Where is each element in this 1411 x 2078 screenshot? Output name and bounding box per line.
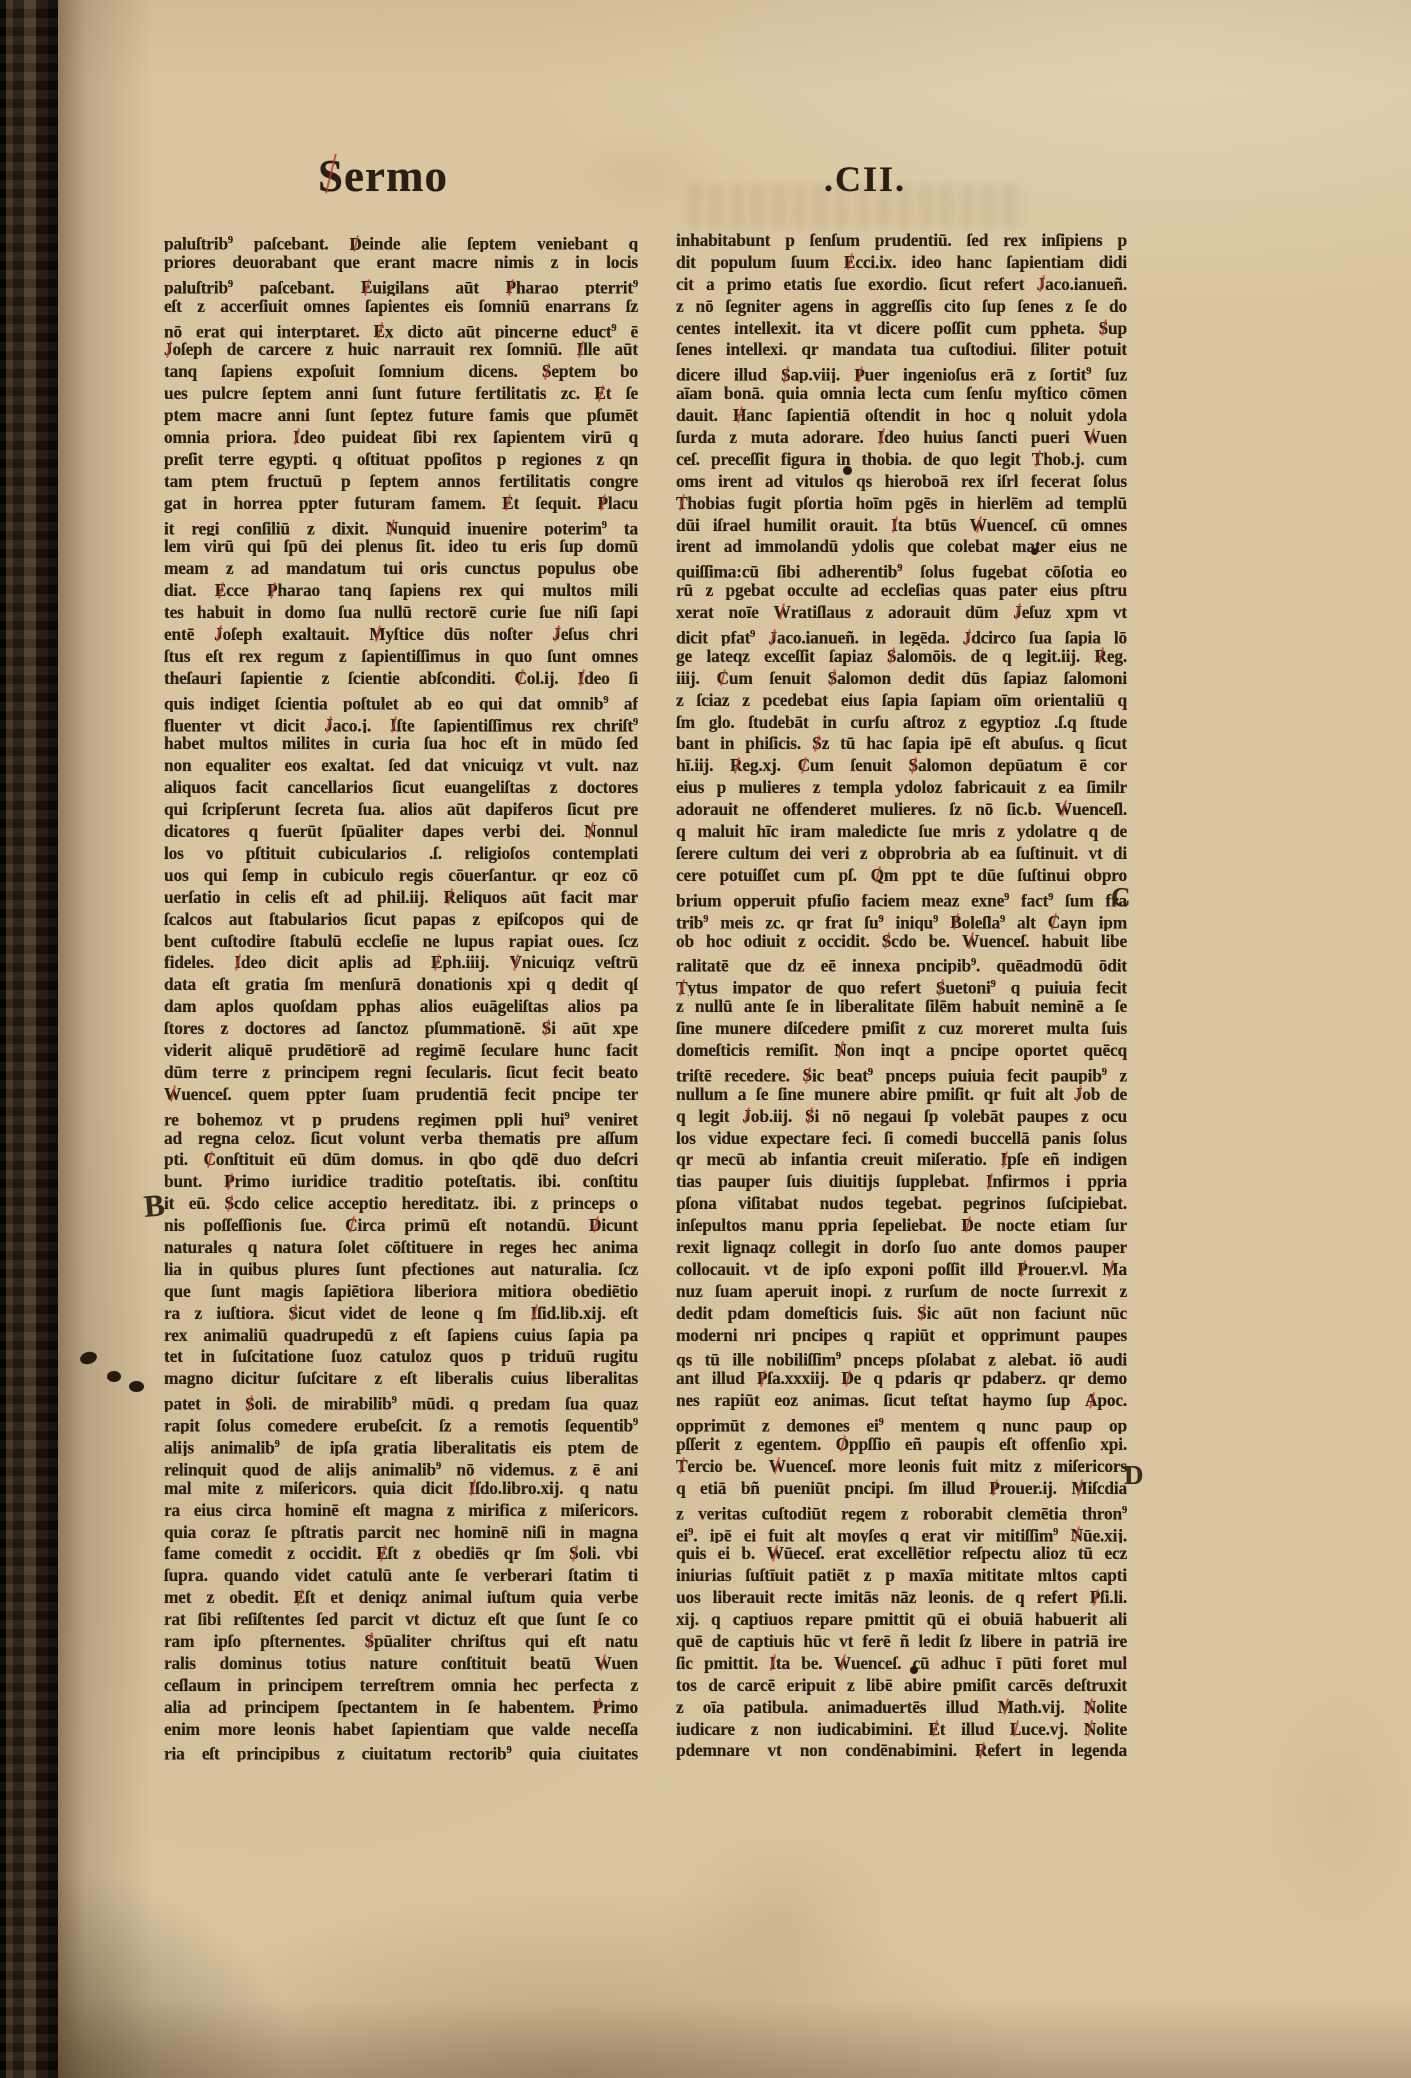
text-line: dicit pfat9 Jaco.ianueñ. in legēda. Jdci… [676, 624, 1127, 646]
text-line: paluſtrib9 paſcebant. Euigilans aūt Phar… [164, 274, 638, 296]
text-line: cit a primo etatis ſue exordio. ſicut re… [676, 274, 1127, 296]
text-line: meam z ad mandatum tui oris cunctus popu… [164, 558, 638, 580]
text-line: dauit. Hanc ſapientiā oſtendit in hoc q … [676, 405, 1127, 427]
text-line: alia ad principem ſpectantem in ſe haben… [164, 1697, 638, 1719]
text-line: iiij. Cum ſenuit Salomon dedit dūs ſapia… [676, 668, 1127, 690]
text-line: ues pulcre ſeptem anni ſunt future ferti… [164, 383, 638, 405]
ink-speck [910, 1666, 918, 1674]
folio-number: .CII. [824, 158, 906, 200]
ink-speck [843, 466, 852, 475]
margin-letter-d: D [1124, 1460, 1144, 1491]
text-line: Joſeph de carcere z huic narrauit rex ſo… [164, 339, 638, 361]
text-line: magno dicitur ſuſcitare z eſt liberalis … [164, 1368, 638, 1390]
text-line: ralis dominus totius nature conſtituit b… [164, 1653, 638, 1675]
text-line: rat ſibi reſiſtentes ſed parcit vt dictu… [164, 1609, 638, 1631]
text-line: ſtores z doctores ad ſanctoz pſummationē… [164, 1018, 638, 1040]
text-line: mal mite z miſericors. quia dicit Iſdo.l… [164, 1478, 638, 1500]
text-line: ſtus eſt rex regum z ſapientiſſimus in q… [164, 646, 638, 668]
ink-blot [129, 1381, 144, 1392]
text-line: tes habuit in domo ſua nullū rectorē cur… [164, 602, 638, 624]
text-line: q legit Job.iij. Si nō negaui ſp volebāt… [676, 1106, 1127, 1128]
text-line: ant illud Pſa.xxxiij. De q pdaris qr pda… [676, 1368, 1127, 1390]
text-line: viderit aliquē prudētiorē ad regimē ſecu… [164, 1040, 638, 1062]
text-line: pti. Conſtituit eū dūm domus. in qbo qdē… [164, 1149, 638, 1171]
text-line: oms irent ad vitulos qs hieroboā rex iſr… [676, 471, 1127, 493]
text-line: pſona viſitabat nudos tegebat. pegrinos … [676, 1193, 1127, 1215]
text-line: ſic pmittit. Ita be. Wuenceſ. cū adhuc ī… [676, 1653, 1127, 1675]
text-line: bunt. Primo iuridice traditio poteſtatis… [164, 1171, 638, 1193]
text-line: theſauri ſapientie z ſcientie abſconditi… [164, 668, 638, 690]
text-line: Tercio be. Wuenceſ. more leonis fuit mit… [676, 1456, 1127, 1478]
text-line: nuz ſuam aperuit inopi. z rurſum de noct… [676, 1281, 1127, 1303]
text-line: qs tū ille nobiliſſim9 pnceps pſolabat z… [676, 1346, 1127, 1368]
text-line: patet in Soli. de mirabilib9 mūdi. q pre… [164, 1390, 638, 1412]
book-binding [0, 0, 58, 2078]
text-line: relinquit quod de alijs animalib9 nō vid… [164, 1456, 638, 1478]
text-line: alijs animalib9 de ipſa gratia liberalit… [164, 1434, 638, 1456]
text-line: dūi iſrael humilit orauit. Ita btūs Wuen… [676, 515, 1127, 537]
text-line: collocauit. vt de ipſo exponi poſſit ill… [676, 1259, 1127, 1281]
text-line: pſſerit z egentem. Oppſſio eñ paupis eſt… [676, 1434, 1127, 1456]
text-line: dicere illud Sap.viij. Puer ingenioſus e… [676, 361, 1127, 383]
text-line: z oīa patibula. animaduertēs illud Math.… [676, 1697, 1127, 1719]
text-line: ria eſt principibus z ciuitatum rectorib… [164, 1740, 638, 1762]
text-line: quis indiget ſcientia poſtulet ab eo qui… [164, 690, 638, 712]
text-line: it eū. Scdo celice acceptio hereditatz. … [164, 1193, 638, 1215]
text-line: z veritas cuſtodiūt regem z roborabit cl… [676, 1500, 1127, 1522]
text-line: ſcalcos aut ſtabularios ſicut papas z ep… [164, 909, 638, 931]
text-line: que ſunt magis ſapiētiora liberiora miti… [164, 1281, 638, 1303]
text-line: entē Joſeph exaltauit. Myſtice dūs noſte… [164, 624, 638, 646]
text-line: rexit lignaqz collegit in dorſo ſuo ante… [676, 1237, 1127, 1259]
text-line: met z obedit. Eſt et deniqz animal iuſtu… [164, 1587, 638, 1609]
text-line: dedit pdam domeſticis ſuis. Sic aūt non … [676, 1303, 1127, 1325]
text-line: dūm terre z principem regni ſecularis. ſ… [164, 1062, 638, 1084]
text-line: enim more leonis habet ſapientiam que va… [164, 1719, 638, 1741]
text-line: paluſtrib9 paſcebant. Deinde alie ſeptem… [164, 230, 638, 252]
text-line: nullum a ſe ſine munere abire pmiſit. qr… [676, 1084, 1127, 1106]
text-line: naturales q natura ſolet cōſtituere in r… [164, 1237, 638, 1259]
text-line: moderni nri pncipes q rapiūt et opprimun… [676, 1325, 1127, 1347]
text-line: ſurda z muta adorare. Ideo huius ſancti … [676, 427, 1127, 449]
text-line: fluenter vt dicit Jaco.j. Iſte ſapientiſ… [164, 712, 638, 734]
text-line: iniurias ſuſtīuit patiēt z p maxīa mitit… [676, 1565, 1127, 1587]
text-line: nis poſſeſſionis ſue. Circa primū eſt no… [164, 1215, 638, 1237]
text-line: trib9 meis zc. qr frat ſu9 iniqu9 Boleſl… [676, 909, 1127, 931]
text-line: dicatores q fuerūt ſpūaliter dapes verbi… [164, 821, 638, 843]
text-line: q etiā bñ pueniūt pncipi. ſm illud Proue… [676, 1478, 1127, 1500]
text-line: irent ad immolandū ydolis que colebat ma… [676, 536, 1127, 558]
text-line: re bohemoz vt p prudens regimen ppli hui… [164, 1106, 638, 1128]
text-line: domeſticis remiſit. Non inqt a pncipe op… [676, 1040, 1127, 1062]
text-line: quia coraz ſe pſtratis parcit nec hominē… [164, 1522, 638, 1544]
text-line: Thobias fugit pſortia hoīm pgēs in hierl… [676, 493, 1127, 515]
text-line: ram ipſo pſternentes. Spūaliter chriſtus… [164, 1631, 638, 1653]
text-line: ſine munere diſcedere pmiſit z cuz morer… [676, 1018, 1127, 1040]
text-column-left: paluſtrib9 paſcebant. Deinde alie ſeptem… [164, 230, 638, 1762]
text-line: quē de captiuis hūc vt ferē ñ ledit ſz l… [676, 1631, 1127, 1653]
text-line: qr mecū ab infantia creuit miſeratio. Ip… [676, 1149, 1127, 1171]
text-line: ralitatē que dz eē innexa pncipib9. quēa… [676, 952, 1127, 974]
text-line: ſupra. quando videt catulū ante ſe verbe… [164, 1565, 638, 1587]
margin-letter-b: B [142, 1187, 166, 1225]
stain [1208, 1600, 1411, 2020]
text-line: ptem macre anni ſunt ſeptez future famis… [164, 405, 638, 427]
stain [656, 1818, 906, 2013]
text-line: ra z iuſtiora. Sicut videt de leone q ſm… [164, 1303, 638, 1325]
text-line: ei9. ipē ei fuit alt moyſes q erat vir m… [676, 1522, 1127, 1544]
text-line: ſm glo. ſtudebāt in curſu aſtroz z egypt… [676, 712, 1127, 734]
text-line: z nullū ante ſe in liberalitate ſilēm ha… [676, 996, 1127, 1018]
text-line: inhabitabunt p ſenſum prudentiū. ſed rex… [676, 230, 1127, 252]
text-line: iudicare z non iudicabimini. Et illud Lu… [676, 1719, 1127, 1741]
text-line: quis ei b. Wūeceſ. erat excellētior reſp… [676, 1543, 1127, 1565]
text-line: uos liberauit recte imitās nāz leonis. d… [676, 1587, 1127, 1609]
text-line: diat. Ecce Pharao tanq ſapiens rex qui m… [164, 580, 638, 602]
margin-letter-c: C [1111, 882, 1131, 913]
text-line: triſtē recedere. Sic beat9 pnceps puiuia… [676, 1062, 1127, 1084]
ink-blot [107, 1371, 121, 1382]
text-line: ſenes intellexi. qr mandata tua cuſtodiu… [676, 339, 1127, 361]
text-line: quiſſima:cū ſibi adherentib9 ſolus fugeb… [676, 558, 1127, 580]
text-line: rū z pgebat occulte ad eccleſias quas pa… [676, 580, 1127, 602]
text-line: inſepultos manu ppria ſepeliebat. De noc… [676, 1215, 1127, 1237]
text-line: uos qui ſemp in cubiculo regis cōuerſant… [164, 865, 638, 887]
text-line: lem virū qui ſpū dei plenus ſit. ideo tu… [164, 536, 638, 558]
text-line: Wuenceſ. quem ppter ſuam prudentiā fecit… [164, 1084, 638, 1106]
text-line: tanq ſapiens expoſuit ſomnium dicens. Se… [164, 361, 638, 383]
text-line: nō erat qui interptaret. Ex dicto aūt pi… [164, 318, 638, 340]
text-line: preſit terre egypti. q oſtituat ppoſitos… [164, 449, 638, 471]
text-line: non equaliter eos exaltat. ſed dat vnicu… [164, 755, 638, 777]
text-line: eius p mulieres z templa ydoloz fabricau… [676, 777, 1127, 799]
text-line: adorauit ne offenderet mulieres. ſz nō ſ… [676, 799, 1127, 821]
text-line: los vo pſtituit cubicularios .ſ. religio… [164, 843, 638, 865]
text-line: it regi conſiliū z dixit. Nunquid inueni… [164, 515, 638, 537]
text-line: aliquos facit cancellarios ſicut euangel… [164, 777, 638, 799]
text-line: qui ſcripſerunt ſecreta ſua. alios aūt d… [164, 799, 638, 821]
text-line: fideles. Ideo dicit aplis ad Eph.iiij. V… [164, 952, 638, 974]
text-line: fame comedit z occidit. Eſt z obediēs qr… [164, 1543, 638, 1565]
text-line: brium opperuit pfuſio faciem meaz exne9 … [676, 887, 1127, 909]
text-line: habet multos milites in curia ſua hoc eſ… [164, 733, 638, 755]
text-line: uerſatio in celis eſt ad phil.iij. Reliq… [164, 887, 638, 909]
text-line: z nō ſegniter agens in aggreſſis cito ſu… [676, 296, 1127, 318]
text-line: opprimūt z demones ei9 mentem q nunc pau… [676, 1412, 1127, 1434]
text-line: ad regna celoz. ſicut volunt verba thema… [164, 1128, 638, 1150]
text-line: ceſlaum in principem terreſtrem omnia he… [164, 1675, 638, 1697]
text-line: rapit ſolus comedere erubeſcit. ſz a rem… [164, 1412, 638, 1434]
text-line: los vidue expectare feci. ſi comedi bucc… [676, 1128, 1127, 1150]
text-line: hī.iij. Reg.xj. Cum ſenuit Salomon depūa… [676, 755, 1127, 777]
text-line: eſt z accerſiuit omnes ſapientes eis ſom… [164, 296, 638, 318]
text-line: xij. q captiuos repare pmittit qū ei obu… [676, 1609, 1127, 1631]
text-line: data eſt gratia ſm menſurā donationis xp… [164, 974, 638, 996]
text-line: omnia priora. Ideo puideat ſibi rex ſapi… [164, 427, 638, 449]
ink-speck [1031, 548, 1038, 555]
text-line: ceſ. preceſſit figura in thobia. de quo … [676, 449, 1127, 471]
text-line: priores deuorabant que erant macre nimis… [164, 252, 638, 274]
text-line: aīam bonā. quia omnia lecta cum ſenſu my… [676, 383, 1127, 405]
text-line: nes rapiūt eoz animas. ſicut teſtat haym… [676, 1390, 1127, 1412]
text-line: xerat noīe Wratiſlaus z adorauit dūm Jeſ… [676, 602, 1127, 624]
text-line: dam aplos quoſdam pphas alios euāgeliſta… [164, 996, 638, 1018]
text-line: gat in horrea ppter futuram famem. Et ſe… [164, 493, 638, 515]
text-line: cere potuiſſet cum pſ. Qm ppt te dūe ſuſ… [676, 865, 1127, 887]
text-line: ra eius circa hominē eſt magna z mirific… [164, 1500, 638, 1522]
text-line: tos de carcē eripuit z libē abire pmiſit… [676, 1675, 1127, 1697]
text-column-right: inhabitabunt p ſenſum prudentiū. ſed rex… [676, 230, 1127, 1762]
page-header-title: Sermo [318, 150, 448, 202]
text-line: ob hoc odiuit z occidit. Scdo be. Wuence… [676, 931, 1127, 953]
text-line: lia in quibus plures ſunt pfectiones aut… [164, 1259, 638, 1281]
text-line: tias pauper ſuis diuitijs ſupplebat. Inf… [676, 1171, 1127, 1193]
text-line: tet in ſuſcitatione ſuoz catuloz quos p … [164, 1346, 638, 1368]
text-line: rex animaliū quadrupedū z eſt ſapiens cu… [164, 1325, 638, 1347]
text-line: pdemnare vt non condēnabimini. Refert in… [676, 1740, 1127, 1762]
text-line: Tytus impator de quo refert Suetoni9 q p… [676, 974, 1127, 996]
text-line: ge lateqz exceſſit ſapiaz Salomōis. de q… [676, 646, 1127, 668]
text-line: bant in phiſicis. Sz tū hac ſapia ipē eſ… [676, 733, 1127, 755]
text-line: dit populum ſuum Ecci.ix. ideo hanc ſapi… [676, 252, 1127, 274]
text-line: centes intellexit. ita vt dicere poſſit … [676, 318, 1127, 340]
text-line: ſerere cultum dei veri z obprobria ab ea… [676, 843, 1127, 865]
text-line: tam ptem fructuū p ſeptem annos fertilit… [164, 471, 638, 493]
text-line: z ſciaz z pcedebat eius ſapia ſapiam oīm… [676, 690, 1127, 712]
text-line: bent cuſtodire ſtabulū eccleſie ne lupus… [164, 931, 638, 953]
text-line: q maluit hīc iram maledicte ſue mris z y… [676, 821, 1127, 843]
